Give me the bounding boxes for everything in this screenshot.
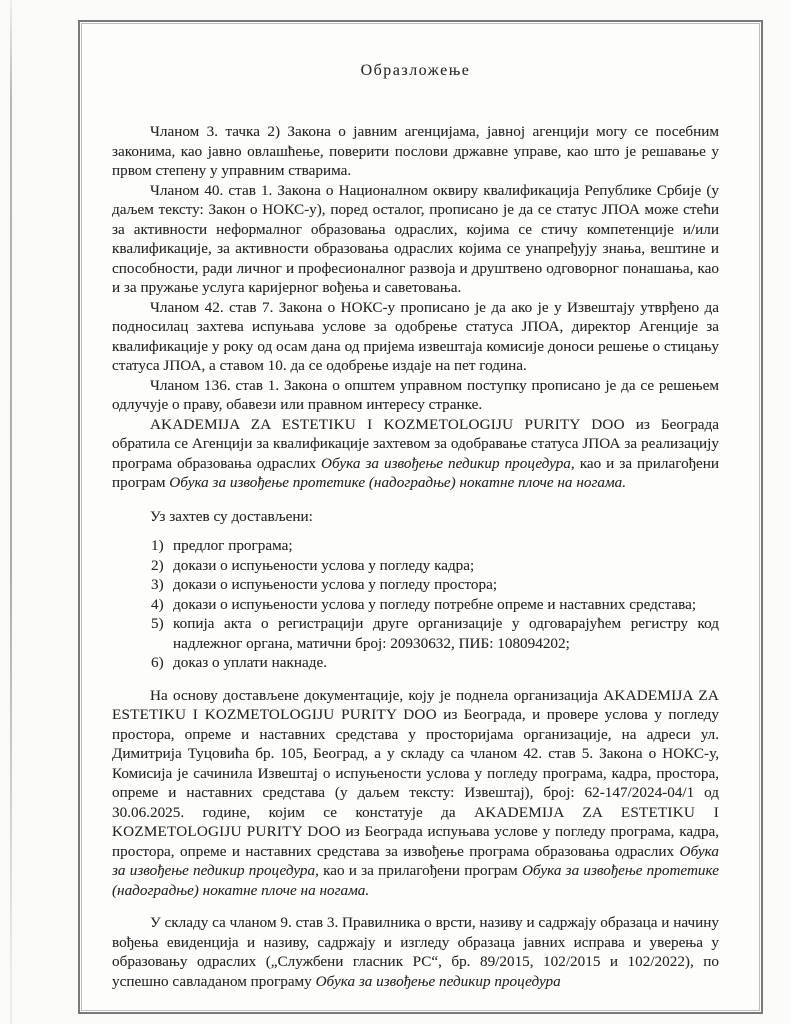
document-content: Образложење Чланом 3. тачка 2) Закона о … — [82, 24, 759, 1010]
document-title: Образложење — [112, 60, 719, 82]
text-run-normal: , као и за прилагођени програм — [315, 862, 522, 879]
list-item-marker: 5) — [151, 614, 164, 634]
document-border-frame-inner: Образложење Чланом 3. тачка 2) Закона о … — [81, 23, 760, 1011]
list-item-marker: 3) — [151, 575, 164, 595]
attachments-list: 1)предлог програма;2)докази о испуњеност… — [112, 536, 719, 673]
text-run-normal: копија акта о регистрацији друге организ… — [173, 615, 719, 652]
text-run-caps: AKADEMIJA ZA ESTETIKU I KOZMETOLOGIJU PU… — [150, 416, 625, 433]
list-item: 6)доказ о уплати накнаде. — [151, 653, 719, 673]
text-run-normal: докази о испуњености услова у погледу по… — [173, 596, 696, 613]
list-item-marker: 2) — [151, 556, 164, 576]
list-item: 5)копија акта о регистрацији друге орган… — [151, 614, 719, 653]
list-item: 4)докази о испуњености услова у погледу … — [151, 595, 719, 615]
text-run-normal: На основу достављене документације, коју… — [150, 687, 603, 704]
paragraph: AKADEMIJA ZA ESTETIKU I KOZMETOLOGIJU PU… — [112, 415, 719, 493]
text-run-normal: Чланом 42. став 7. Закона о НОКС-у пропи… — [112, 299, 719, 375]
paragraph: У складу са чланом 9. став 3. Правилника… — [112, 913, 719, 991]
lead-line: Уз захтев су достављени: — [112, 507, 719, 527]
text-run-normal: Чланом 136. став 1. Закона о општем упра… — [112, 377, 719, 414]
list-item-marker: 4) — [151, 595, 164, 615]
list-item: 1)предлог програма; — [151, 536, 719, 556]
text-run-normal: доказ о уплати накнаде. — [173, 654, 327, 671]
scan-edge-artifact — [10, 0, 12, 1024]
text-run-italic: Обука за извођење протетике (надоградње)… — [169, 474, 626, 491]
list-item-marker: 6) — [151, 653, 164, 673]
text-run-normal: Чланом 40. став 1. Закона о Националном … — [112, 182, 719, 297]
list-item: 3)докази о испуњености услова у погледу … — [151, 575, 719, 595]
paragraph: Чланом 136. став 1. Закона о општем упра… — [112, 376, 719, 415]
text-run-normal: Уз захтев су достављени: — [150, 508, 313, 525]
paragraph: На основу достављене документације, коју… — [112, 686, 719, 901]
text-run-italic: Обука за извођење педикир процедура — [321, 455, 571, 472]
list-item: 2)докази о испуњености услова у погледу … — [151, 556, 719, 576]
document-blocks: Чланом 3. тачка 2) Закона о јавним агенц… — [112, 122, 719, 991]
text-run-normal: Чланом 3. тачка 2) Закона о јавним агенц… — [112, 123, 719, 179]
paragraph: Чланом 42. став 7. Закона о НОКС-у пропи… — [112, 298, 719, 376]
paragraph: Чланом 40. став 1. Закона о Националном … — [112, 181, 719, 298]
paragraph: Чланом 3. тачка 2) Закона о јавним агенц… — [112, 122, 719, 181]
document-border-frame: Образложење Чланом 3. тачка 2) Закона о … — [78, 20, 763, 1014]
text-run-italic: Обука за извођење педикир процедура — [316, 973, 561, 990]
list-item-marker: 1) — [151, 536, 164, 556]
text-run-normal: докази о испуњености услова у погледу пр… — [173, 576, 497, 593]
text-run-normal: предлог програма; — [173, 537, 293, 554]
text-run-normal: докази о испуњености услова у погледу ка… — [173, 557, 474, 574]
